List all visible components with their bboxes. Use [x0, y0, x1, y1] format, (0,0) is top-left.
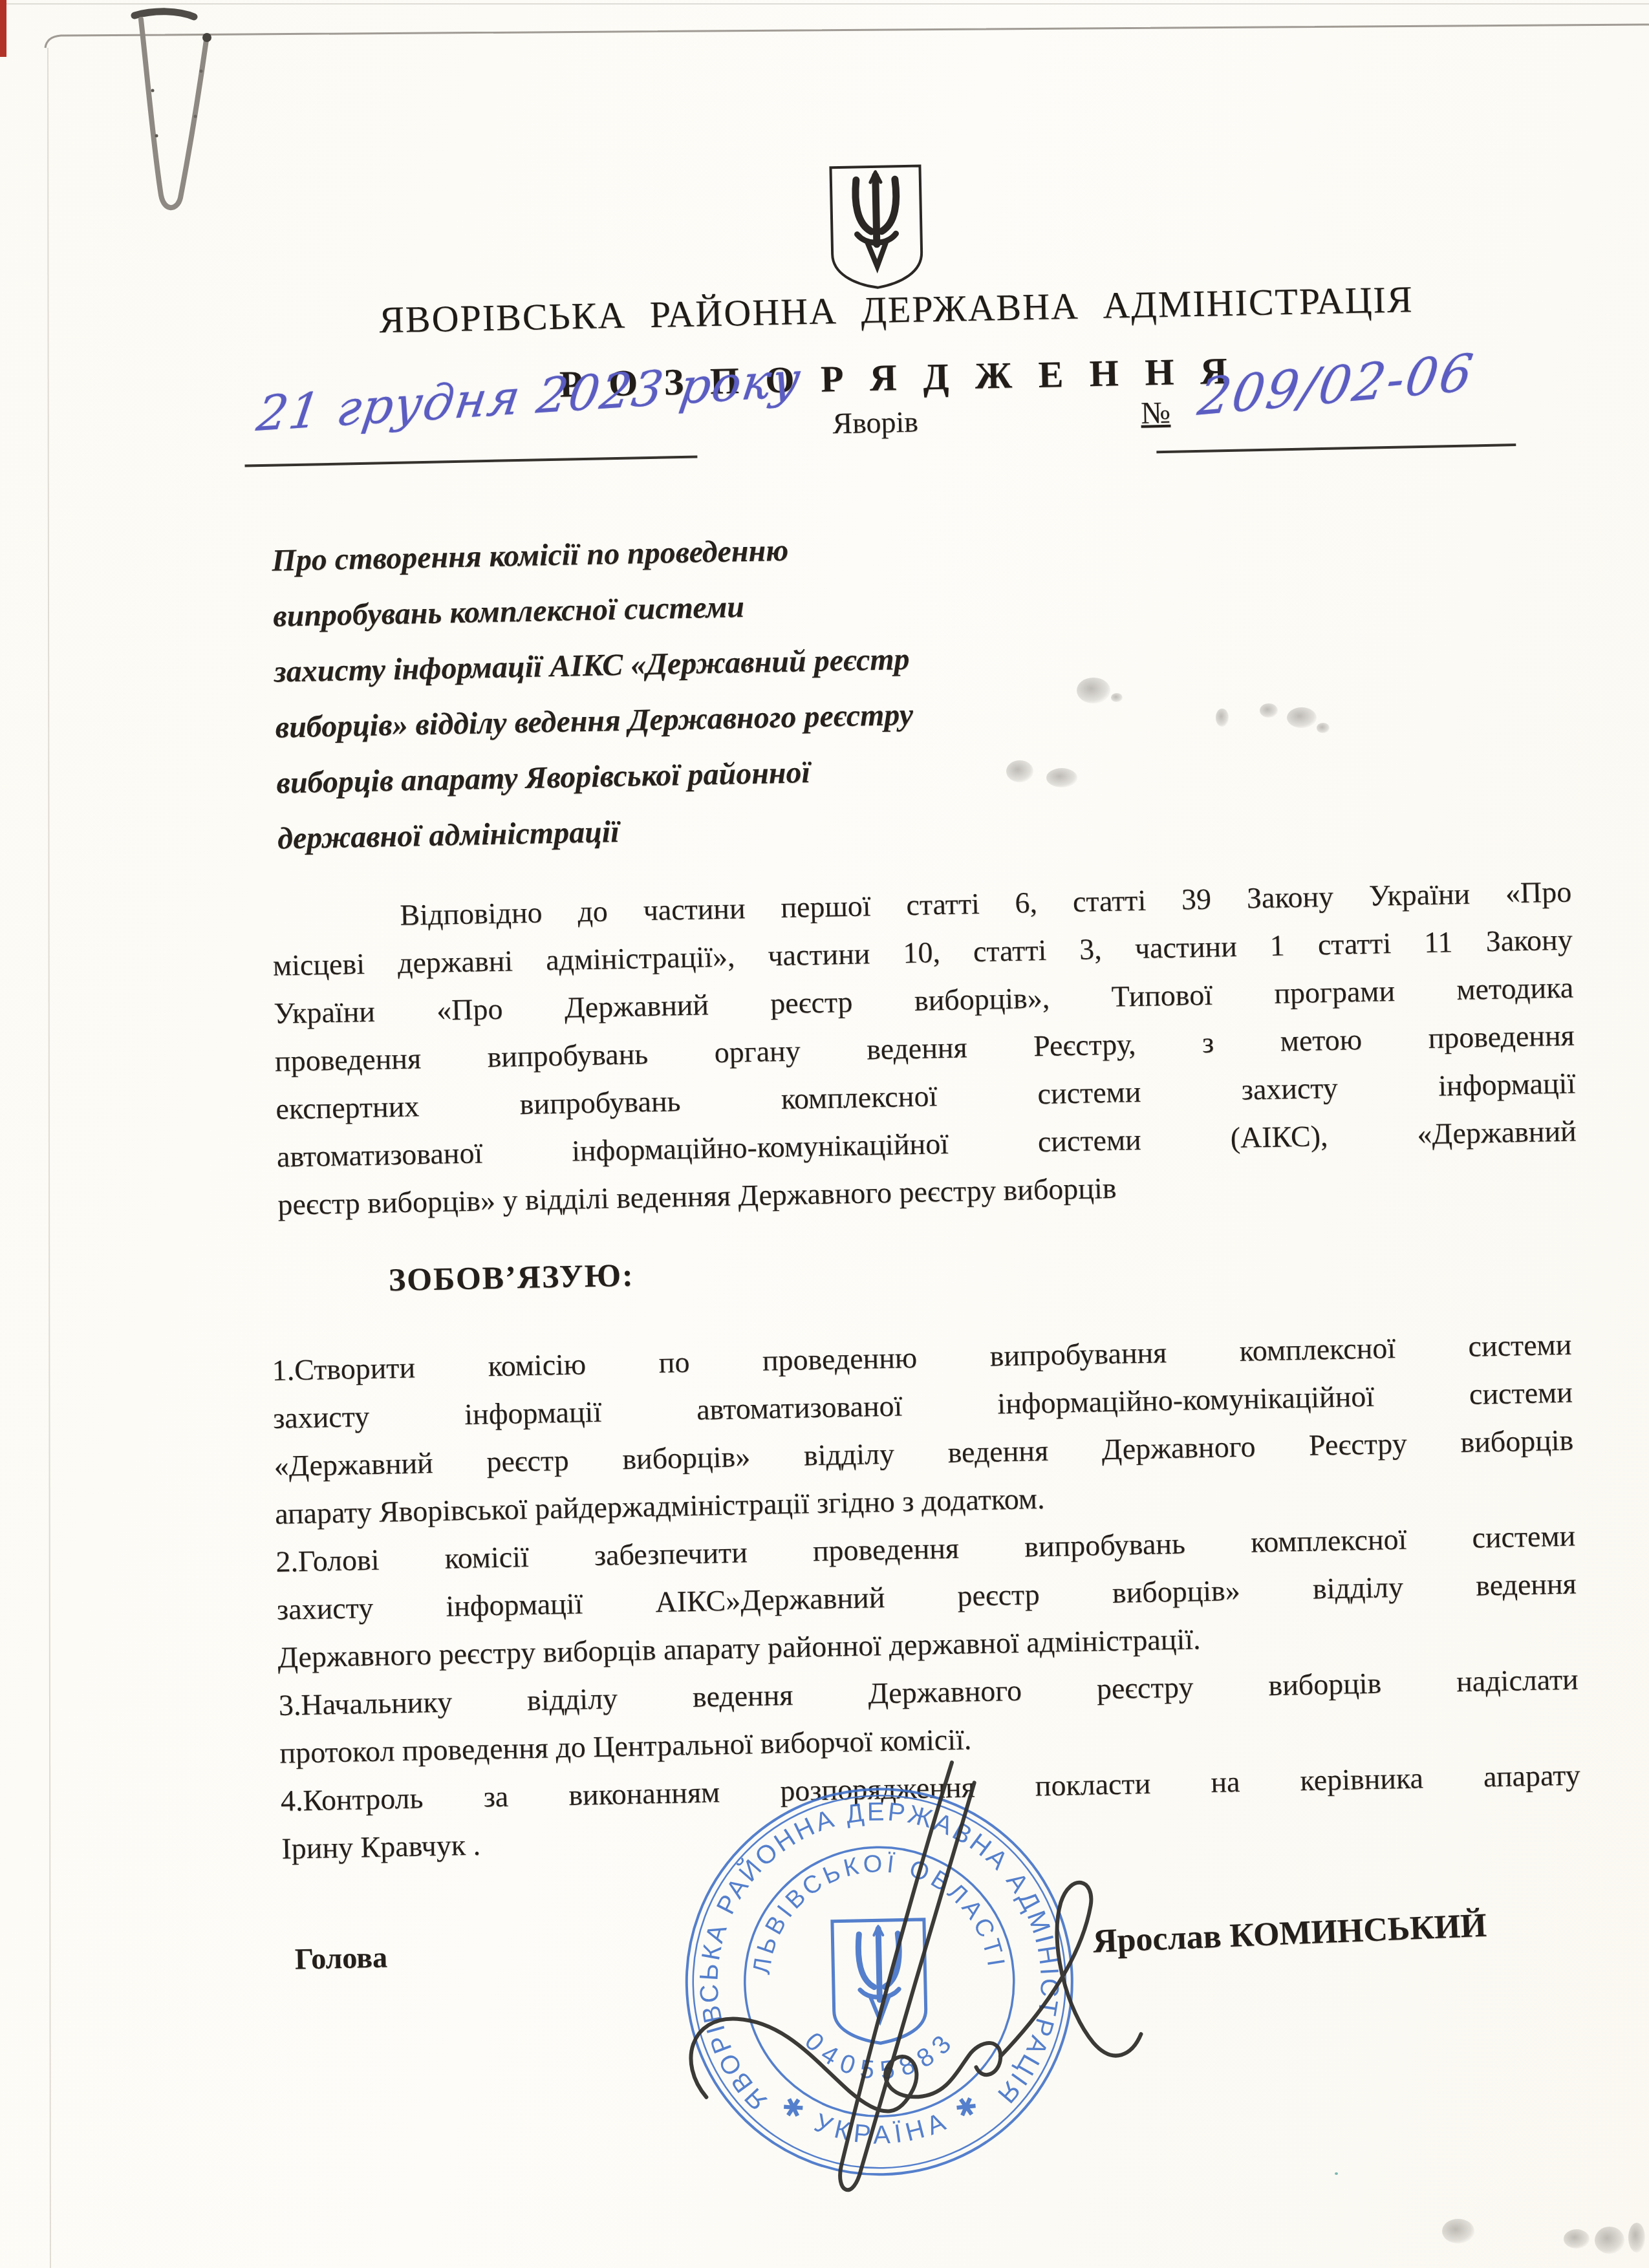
scanned-document-page: { "doc": { "authority": "ЯВОРІВСЬКА РАЙО… — [0, 0, 1649, 2268]
issue-place: Яворів — [832, 405, 919, 441]
date-underline — [244, 455, 697, 467]
resolve-heading: ЗОБОВ’ЯЗУЮ: — [388, 1256, 634, 1299]
document-sheet: ЯВОРІВСЬКА РАЙОННА ДЕРЖАВНА АДМІНІСТРАЦІ… — [0, 0, 1649, 2267]
intro-paragraph: Відповідно до частини першої статті 6, с… — [272, 868, 1578, 1229]
subject-block: Про створення комісії по проведеннювипро… — [272, 519, 1022, 867]
ukraine-trident-emblem-icon — [826, 162, 926, 293]
number-sign-label: № — [1141, 395, 1171, 431]
number-underline — [1156, 444, 1516, 453]
handwritten-signature — [660, 1749, 1160, 2225]
signer-position-label: Голова — [294, 1940, 387, 1976]
